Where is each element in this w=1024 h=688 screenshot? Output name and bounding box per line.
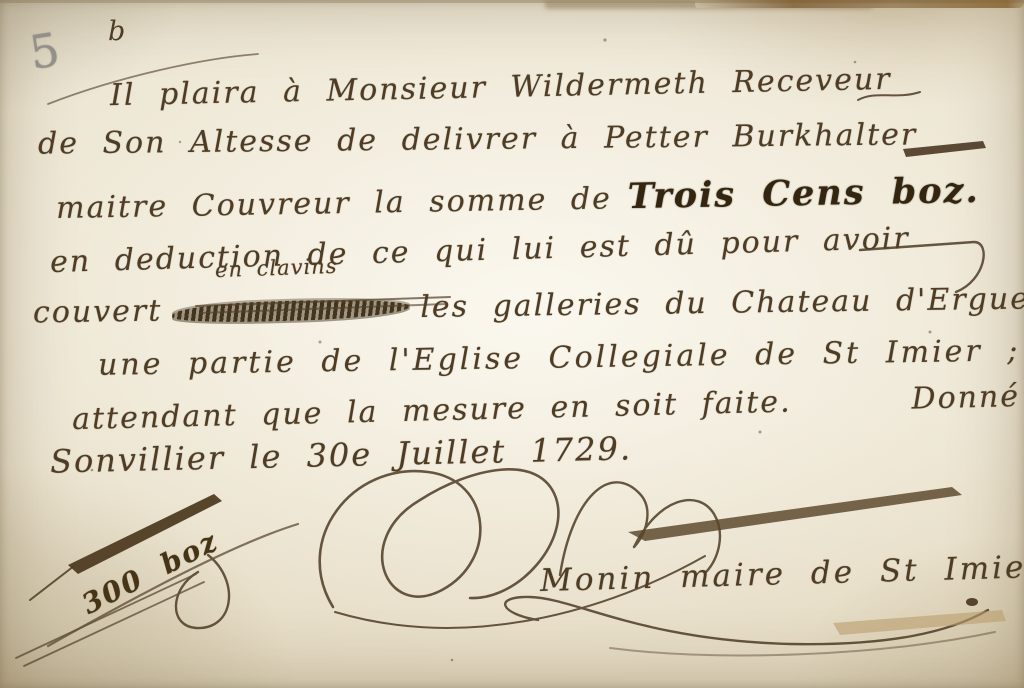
struck-out-word	[172, 297, 411, 324]
margin-amount-note: 300 boz	[77, 524, 224, 621]
payment-amount: Trois Cens boz.	[627, 170, 979, 217]
signature-tan-stroke	[833, 610, 1006, 635]
signature-thick-stroke	[628, 487, 962, 541]
manuscript-line-salutation: Il plaira à Monsieur Wildermeth Receveur	[110, 62, 892, 113]
line-given-at: Donné à	[911, 378, 1024, 417]
signature-name: Monin maire de St Imier	[540, 549, 1024, 599]
signature-underline-flourish	[505, 597, 988, 644]
line-measure-text: attendant que la mesure en soit faite.	[72, 385, 792, 438]
line-covered-word: couvert	[33, 294, 163, 331]
ink-stain-top-edge	[695, 0, 1024, 8]
archival-ink-letter: b	[108, 16, 125, 47]
margin-slash-extension	[30, 566, 74, 600]
signature-underline-light	[610, 632, 995, 655]
dateline: Sonvillier le 30e Juillet 1729.	[50, 429, 633, 480]
signature-flourish-loops	[320, 469, 559, 607]
manuscript-line-amount: maitre Couvreur la somme deTrois Cens bo…	[56, 170, 980, 227]
line-amount-prefix: maitre Couvreur la somme de	[56, 181, 612, 226]
manuscript-line-measure: attendant que la mesure en soit faite.Do…	[72, 378, 1024, 437]
interlinear-insertion: en clavins	[215, 254, 338, 282]
manuscript-page: 5 b Il plaira à Monsieur Wildermeth Rece…	[0, 0, 1024, 688]
manuscript-line-covered: couvertles galleries du Chateau d'Erguel…	[33, 281, 1024, 331]
manuscript-line-church: une partie de l'Eglise Collegiale de St …	[98, 332, 1024, 383]
archival-pencil-number: 5	[26, 22, 63, 80]
manuscript-line-payee: de Son Altesse de delivrer à Petter Burk…	[38, 117, 918, 161]
manuscript-line-deduction: en deduction de ce qui lui est dû pour a…	[50, 221, 911, 280]
imier-ink-blot	[966, 598, 978, 606]
line-covered-rest: les galleries du Chateau d'Erguel &	[420, 281, 1024, 325]
